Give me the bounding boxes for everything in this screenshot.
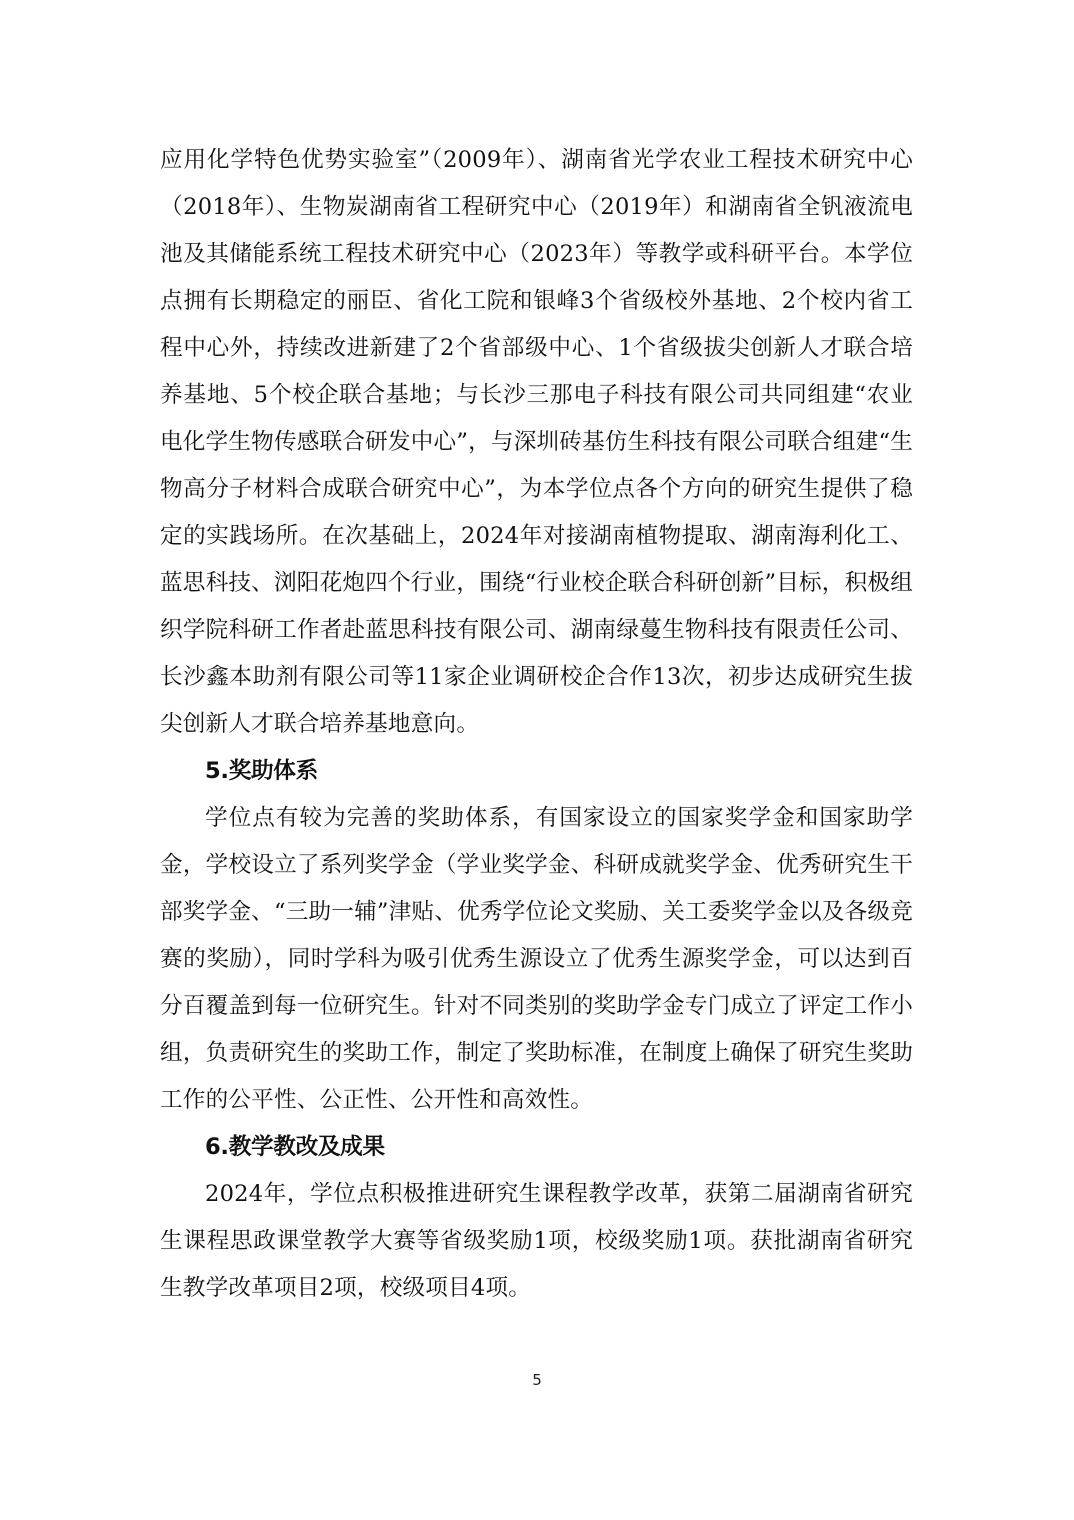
body-paragraph-continuation: 应用化学特色优势实验室”（2009年）、湖南省光学农业工程技术研究中心（2018…: [160, 137, 913, 748]
body-paragraph-teaching-reform: 2024年，学位点积极推进研究生课程教学改革，获第二届湖南省研究生课程思政课堂教…: [160, 1171, 913, 1312]
document-page: 应用化学特色优势实验室”（2009年）、湖南省光学农业工程技术研究中心（2018…: [160, 137, 913, 1312]
section-heading-scholarship-system: 5.奖助体系: [160, 748, 913, 795]
body-paragraph-scholarship-system: 学位点有较为完善的奖助体系，有国家设立的国家奖学金和国家助学金，学校设立了系列奖…: [160, 795, 913, 1124]
page-number: 5: [0, 1371, 1074, 1389]
section-heading-teaching-reform: 6.教学教改及成果: [160, 1124, 913, 1171]
